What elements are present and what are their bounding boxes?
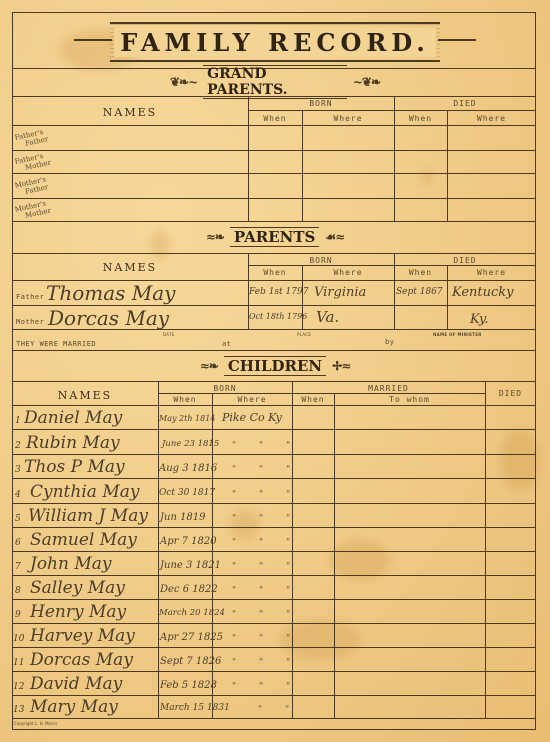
divider bbox=[12, 405, 536, 406]
ornament-icon: ~❦❧ bbox=[353, 75, 380, 89]
divider bbox=[248, 110, 536, 111]
father-label: Father bbox=[16, 293, 44, 301]
minister-caption: NAME OF MINISTER bbox=[433, 332, 482, 337]
child-born-where: " " " bbox=[232, 658, 300, 668]
children-title: ≈❧ CHILDREN ✢≈ bbox=[195, 354, 355, 378]
mother-died-where: Ky. bbox=[470, 313, 489, 326]
child-name: Cynthia May bbox=[30, 484, 139, 501]
divider bbox=[12, 253, 536, 254]
child-name: Daniel May bbox=[24, 410, 122, 427]
divider bbox=[302, 110, 303, 221]
mother-born-where: Va. bbox=[316, 310, 339, 325]
child-born-when: June 23 1815 bbox=[162, 440, 219, 449]
divider bbox=[12, 575, 536, 576]
divider bbox=[12, 198, 536, 199]
child-number: 12 bbox=[13, 682, 24, 692]
divider bbox=[12, 150, 536, 151]
child-born-where: " " " bbox=[232, 490, 300, 500]
child-born-when: Feb 5 1828 bbox=[160, 681, 217, 691]
born-when-header: When bbox=[248, 114, 302, 123]
divider bbox=[12, 647, 536, 648]
child-number: 4 bbox=[15, 490, 21, 500]
divider bbox=[12, 429, 536, 430]
married-at-label: at bbox=[222, 340, 231, 348]
married-when-header: When bbox=[292, 395, 334, 404]
ornament-icon: ❦❧~ bbox=[170, 75, 197, 89]
died-when-header: When bbox=[394, 114, 447, 123]
born-header: BORN bbox=[158, 384, 292, 393]
child-name: Dorcas May bbox=[30, 652, 133, 669]
ornament-icon: ✢≈ bbox=[332, 359, 350, 373]
child-born-when: Aug 3 1816 bbox=[159, 464, 217, 474]
divider bbox=[12, 718, 536, 719]
names-header: NAMES bbox=[12, 389, 158, 402]
child-number: 13 bbox=[13, 705, 24, 715]
child-name: Samuel May bbox=[30, 532, 137, 549]
born-header: BORN bbox=[248, 256, 394, 265]
born-when-header: When bbox=[248, 268, 302, 277]
child-name: David May bbox=[30, 676, 122, 693]
born-header: BORN bbox=[248, 99, 394, 108]
divider bbox=[12, 623, 536, 624]
child-born-where: " " " bbox=[232, 586, 300, 596]
married-header: MARRIED bbox=[292, 384, 485, 393]
father-died-when: Sept 1867 bbox=[396, 288, 443, 297]
printer-mark: Copyright L. H. Morris bbox=[14, 721, 57, 726]
divider bbox=[12, 527, 536, 528]
child-number: 2 bbox=[15, 441, 21, 451]
divider bbox=[12, 478, 536, 479]
divider bbox=[334, 393, 335, 718]
divider bbox=[12, 96, 536, 97]
married-label: THEY WERE MARRIED bbox=[16, 340, 96, 348]
father-name: Thomas May bbox=[46, 283, 175, 303]
child-born-where: " " " bbox=[232, 514, 300, 524]
child-number: 10 bbox=[13, 634, 24, 644]
divider bbox=[248, 265, 536, 266]
divider bbox=[12, 125, 536, 126]
child-born-where: " " bbox=[258, 705, 299, 715]
place-caption: PLACE bbox=[297, 332, 311, 337]
died-header: DIED bbox=[394, 99, 536, 108]
child-number: 8 bbox=[15, 586, 21, 596]
child-born-where: " " " bbox=[232, 562, 300, 572]
divider bbox=[12, 695, 536, 696]
child-name: Harvey May bbox=[30, 628, 135, 645]
ornament-icon: ≈❧ bbox=[200, 359, 218, 373]
divider bbox=[12, 381, 536, 382]
died-when-header: When bbox=[394, 268, 447, 277]
child-born-when: May 2th 1814 bbox=[159, 415, 215, 423]
child-number: 5 bbox=[15, 514, 21, 524]
child-born-where: " " " bbox=[232, 465, 300, 475]
divider bbox=[12, 503, 536, 504]
child-number: 11 bbox=[13, 658, 24, 668]
child-born-when: Sept 7 1826 bbox=[160, 657, 221, 667]
child-born-where: " " " bbox=[232, 682, 300, 692]
child-born-where: Pike Co Ky bbox=[222, 412, 282, 423]
child-name: Henry May bbox=[30, 604, 126, 621]
died-header: DIED bbox=[394, 256, 536, 265]
child-number: 7 bbox=[15, 562, 21, 572]
mother-label: Mother bbox=[16, 318, 44, 326]
child-number: 3 bbox=[15, 465, 21, 475]
divider bbox=[12, 551, 536, 552]
child-name: William J May bbox=[28, 508, 148, 525]
child-name: Mary May bbox=[30, 699, 118, 716]
child-born-where: " " " bbox=[232, 441, 300, 451]
divider bbox=[12, 454, 536, 455]
mother-born-when: Oct 18th 1796 bbox=[249, 313, 307, 321]
died-header: DIED bbox=[485, 389, 536, 398]
divider bbox=[12, 671, 536, 672]
father-died-where: Kentucky bbox=[452, 286, 514, 299]
child-number: 9 bbox=[15, 610, 21, 620]
names-header: NAMES bbox=[12, 106, 248, 119]
child-born-when: Apr 27 1825 bbox=[160, 633, 223, 643]
date-caption: DATE bbox=[163, 332, 175, 337]
born-when-header: When bbox=[158, 395, 212, 404]
divider bbox=[158, 393, 485, 394]
child-born-when: June 3 1821 bbox=[160, 561, 221, 571]
ornament-icon: ≈❧ bbox=[206, 230, 224, 244]
father-born-where: Virginia bbox=[314, 286, 366, 299]
title-banner: FAMILY RECORD. bbox=[110, 22, 440, 62]
child-name: Thos P May bbox=[24, 459, 125, 476]
child-born-when: Apr 7 1820 bbox=[160, 537, 217, 547]
child-born-where: " " " bbox=[232, 634, 300, 644]
divider bbox=[447, 110, 448, 221]
divider bbox=[12, 173, 536, 174]
grandparents-title: ❦❧~ GRAND PARENTS. ~❦❧ bbox=[170, 71, 380, 93]
child-name: Salley May bbox=[30, 580, 125, 597]
divider bbox=[12, 350, 536, 351]
child-born-when: Oct 30 1817 bbox=[159, 489, 215, 498]
child-born-when: March 15 1831 bbox=[160, 704, 230, 713]
died-where-header: Where bbox=[447, 268, 536, 277]
divider bbox=[12, 599, 536, 600]
child-born-when: Jun 1819 bbox=[160, 513, 206, 523]
divider bbox=[158, 381, 159, 718]
died-where-header: Where bbox=[447, 114, 536, 123]
ornament-icon: ☙≈ bbox=[325, 230, 344, 244]
child-number: 1 bbox=[15, 416, 21, 426]
child-born-when: Dec 6 1822 bbox=[160, 585, 218, 595]
child-born-where: " " " bbox=[232, 610, 300, 620]
born-where-header: Where bbox=[302, 268, 394, 277]
child-born-when: March 20 1824 bbox=[159, 609, 225, 618]
born-where-header: Where bbox=[302, 114, 394, 123]
mother-name: Dorcas May bbox=[48, 308, 169, 328]
to-whom-header: To whom bbox=[334, 395, 485, 404]
names-header: NAMES bbox=[12, 261, 248, 274]
child-name: John May bbox=[30, 556, 112, 573]
father-born-when: Feb 1st 1797 bbox=[249, 288, 308, 297]
divider bbox=[485, 381, 486, 718]
divider bbox=[12, 221, 536, 222]
married-by-label: by bbox=[385, 338, 394, 346]
page-title: FAMILY RECORD. bbox=[114, 28, 435, 57]
parents-title: ≈❧ PARENTS ☙≈ bbox=[195, 225, 355, 249]
child-born-where: " " " bbox=[232, 538, 300, 548]
child-number: 6 bbox=[15, 538, 21, 548]
child-name: Rubin May bbox=[26, 435, 120, 452]
born-where-header: Where bbox=[212, 395, 292, 404]
